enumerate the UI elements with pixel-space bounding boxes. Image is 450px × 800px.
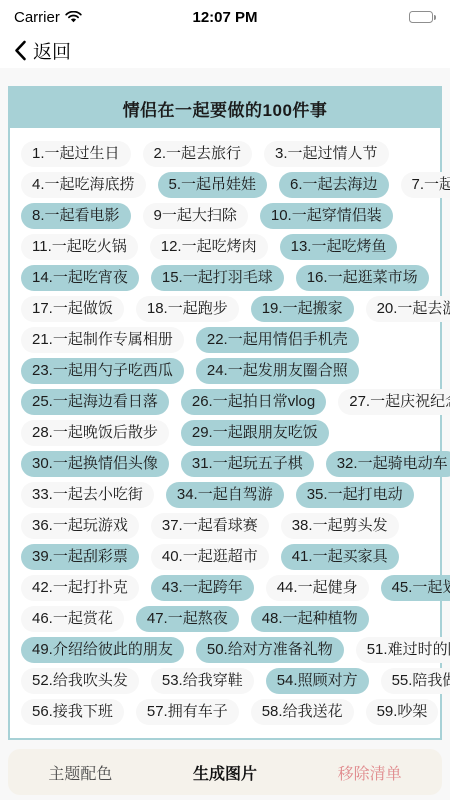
list-item[interactable]: 32.一起骑电动车 bbox=[326, 451, 450, 477]
list-item[interactable]: 23.一起用勺子吃西瓜 bbox=[21, 358, 184, 384]
page-content: 情侣在一起要做的100件事 1.一起过生日2.一起去旅行3.一起过情人节4.一起… bbox=[0, 68, 450, 800]
list-item[interactable]: 42.一起打扑克 bbox=[21, 575, 139, 601]
list-row: 39.一起刮彩票40.一起逛超市41.一起买家具 bbox=[21, 544, 429, 570]
list-row: 30.一起换情侣头像31.一起玩五子棋32.一起骑电动车 bbox=[21, 451, 429, 477]
chevron-left-icon bbox=[14, 40, 27, 61]
list-item[interactable]: 25.一起海边看日落 bbox=[21, 389, 169, 415]
list-item[interactable]: 33.一起去小吃街 bbox=[21, 482, 154, 508]
list-item[interactable]: 58.给我送花 bbox=[251, 699, 354, 725]
list-item[interactable]: 28.一起晚饭后散步 bbox=[21, 420, 169, 446]
list-row: 4.一起吃海底捞5.一起吊娃娃6.一起去海边7.一起回老家 bbox=[21, 172, 429, 198]
list-item[interactable]: 6.一起去海边 bbox=[279, 172, 389, 198]
list-item[interactable]: 34.一起自驾游 bbox=[166, 482, 284, 508]
list-row: 36.一起玩游戏37.一起看球赛38.一起剪头发 bbox=[21, 513, 429, 539]
wifi-icon bbox=[65, 11, 82, 23]
list-row: 42.一起打扑克43.一起跨年44.一起健身45.一起划船 bbox=[21, 575, 429, 601]
list-item[interactable]: 46.一起赏花 bbox=[21, 606, 124, 632]
remove-list-button[interactable]: 移除清单 bbox=[330, 757, 410, 788]
theme-color-button[interactable]: 主题配色 bbox=[40, 757, 120, 788]
list-item[interactable]: 22.一起用情侣手机壳 bbox=[196, 327, 359, 353]
list-item[interactable]: 41.一起买家具 bbox=[281, 544, 399, 570]
list-item[interactable]: 54.照顾对方 bbox=[266, 668, 369, 694]
list-row: 46.一起赏花47.一起熬夜48.一起种植物 bbox=[21, 606, 429, 632]
list-row: 1.一起过生日2.一起去旅行3.一起过情人节 bbox=[21, 141, 429, 167]
list-row: 52.给我吹头发53.给我穿鞋54.照顾对方55.陪我做美甲 bbox=[21, 668, 429, 694]
list-item[interactable]: 12.一起吃烤肉 bbox=[150, 234, 268, 260]
list-item[interactable]: 30.一起换情侣头像 bbox=[21, 451, 169, 477]
list-item[interactable]: 40.一起逛超市 bbox=[151, 544, 269, 570]
list-item[interactable]: 19.一起搬家 bbox=[251, 296, 354, 322]
list-item[interactable]: 26.一起拍日常vlog bbox=[181, 389, 326, 415]
list-row: 8.一起看电影9一起大扫除10.一起穿情侣装 bbox=[21, 203, 429, 229]
list-item[interactable]: 2.一起去旅行 bbox=[143, 141, 253, 167]
list-item[interactable]: 3.一起过情人节 bbox=[264, 141, 389, 167]
list-item[interactable]: 48.一起种植物 bbox=[251, 606, 369, 632]
list-row: 21.一起制作专属相册22.一起用情侣手机壳 bbox=[21, 327, 429, 353]
list-item[interactable]: 37.一起看球赛 bbox=[151, 513, 269, 539]
list-item[interactable]: 10.一起穿情侣装 bbox=[260, 203, 393, 229]
footer-toolbar: 主题配色 生成图片 移除清单 bbox=[8, 749, 442, 795]
list-item[interactable]: 8.一起看电影 bbox=[21, 203, 131, 229]
list-item[interactable]: 7.一起回老家 bbox=[401, 172, 450, 198]
nav-bar: 返回 bbox=[0, 32, 450, 68]
list-item[interactable]: 13.一起吃烤鱼 bbox=[280, 234, 398, 260]
list-item[interactable]: 57.拥有车子 bbox=[136, 699, 239, 725]
list-item[interactable]: 18.一起跑步 bbox=[136, 296, 239, 322]
battery-icon bbox=[409, 11, 436, 23]
list-item[interactable]: 31.一起玩五子棋 bbox=[181, 451, 314, 477]
list-item[interactable]: 43.一起跨年 bbox=[151, 575, 254, 601]
generate-image-button[interactable]: 生成图片 bbox=[185, 757, 265, 788]
list-item[interactable]: 5.一起吊娃娃 bbox=[158, 172, 268, 198]
list-item[interactable]: 14.一起吃宵夜 bbox=[21, 265, 139, 291]
list-item[interactable]: 9一起大扫除 bbox=[143, 203, 248, 229]
list-item[interactable]: 44.一起健身 bbox=[266, 575, 369, 601]
list-item[interactable]: 56.接我下班 bbox=[21, 699, 124, 725]
checklist-card: 情侣在一起要做的100件事 1.一起过生日2.一起去旅行3.一起过情人节4.一起… bbox=[8, 86, 442, 740]
list-row: 23.一起用勺子吃西瓜24.一起发朋友圈合照 bbox=[21, 358, 429, 384]
list-item[interactable]: 59.吵架 bbox=[366, 699, 439, 725]
list-item[interactable]: 4.一起吃海底捞 bbox=[21, 172, 146, 198]
list-item[interactable]: 20.一起去游乐园 bbox=[366, 296, 450, 322]
list-row: 25.一起海边看日落26.一起拍日常vlog27.一起庆祝纪念日 bbox=[21, 389, 429, 415]
list-row: 49.介绍给彼此的朋友50.给对方准备礼物51.难过时的陪伴 bbox=[21, 637, 429, 663]
list-item[interactable]: 49.介绍给彼此的朋友 bbox=[21, 637, 184, 663]
list-item[interactable]: 29.一起跟朋友吃饭 bbox=[181, 420, 329, 446]
list-item[interactable]: 17.一起做饭 bbox=[21, 296, 124, 322]
list-item[interactable]: 55.陪我做美甲 bbox=[381, 668, 450, 694]
list-item[interactable]: 1.一起过生日 bbox=[21, 141, 131, 167]
list-item[interactable]: 51.难过时的陪伴 bbox=[356, 637, 450, 663]
list-item[interactable]: 35.一起打电动 bbox=[296, 482, 414, 508]
list-row: 17.一起做饭18.一起跑步19.一起搬家20.一起去游乐园 bbox=[21, 296, 429, 322]
list-item[interactable]: 38.一起剪头发 bbox=[281, 513, 399, 539]
back-button-label: 返回 bbox=[33, 37, 71, 64]
list-item[interactable]: 27.一起庆祝纪念日 bbox=[338, 389, 450, 415]
list-item[interactable]: 24.一起发朋友圈合照 bbox=[196, 358, 359, 384]
list-row: 28.一起晚饭后散步29.一起跟朋友吃饭 bbox=[21, 420, 429, 446]
card-body: 1.一起过生日2.一起去旅行3.一起过情人节4.一起吃海底捞5.一起吊娃娃6.一… bbox=[10, 128, 440, 738]
list-row: 56.接我下班57.拥有车子58.给我送花59.吵架 bbox=[21, 699, 429, 725]
list-row: 14.一起吃宵夜15.一起打羽毛球16.一起逛菜市场 bbox=[21, 265, 429, 291]
list-item[interactable]: 39.一起刮彩票 bbox=[21, 544, 139, 570]
list-item[interactable]: 50.给对方准备礼物 bbox=[196, 637, 344, 663]
status-bar: Carrier 12:07 PM bbox=[0, 0, 450, 32]
list-item[interactable]: 11.一起吃火锅 bbox=[21, 234, 138, 260]
list-item[interactable]: 16.一起逛菜市场 bbox=[296, 265, 429, 291]
list-item[interactable]: 52.给我吹头发 bbox=[21, 668, 139, 694]
list-item[interactable]: 53.给我穿鞋 bbox=[151, 668, 254, 694]
list-row: 33.一起去小吃街34.一起自驾游35.一起打电动 bbox=[21, 482, 429, 508]
list-row: 11.一起吃火锅12.一起吃烤肉13.一起吃烤鱼 bbox=[21, 234, 429, 260]
back-button[interactable]: 返回 bbox=[10, 35, 75, 66]
card-title: 情侣在一起要做的100件事 bbox=[10, 88, 440, 128]
list-item[interactable]: 36.一起玩游戏 bbox=[21, 513, 139, 539]
list-item[interactable]: 47.一起熬夜 bbox=[136, 606, 239, 632]
list-item[interactable]: 15.一起打羽毛球 bbox=[151, 265, 284, 291]
clock: 12:07 PM bbox=[192, 9, 257, 26]
list-item[interactable]: 21.一起制作专属相册 bbox=[21, 327, 184, 353]
carrier-label: Carrier bbox=[14, 9, 60, 26]
list-item[interactable]: 45.一起划船 bbox=[381, 575, 450, 601]
